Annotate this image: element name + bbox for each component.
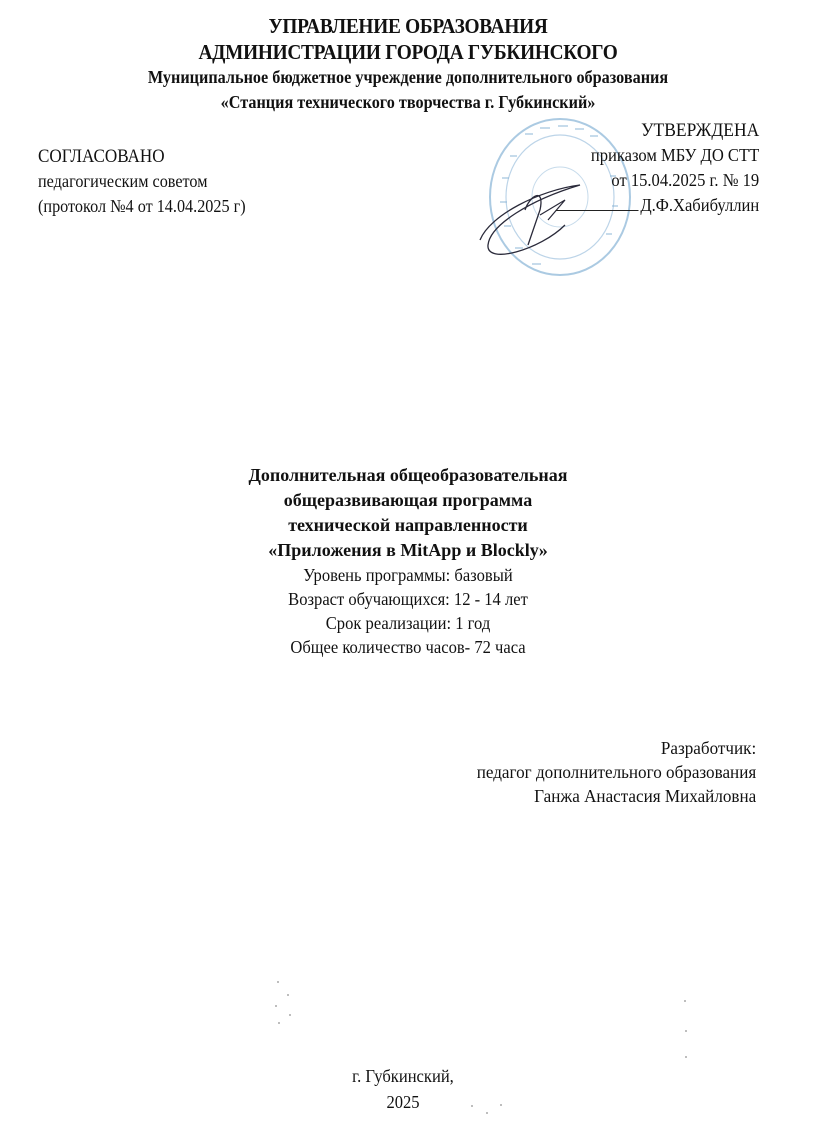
header-administration: АДМИНИСТРАЦИИ ГОРОДА ГУБКИНСКОГО [33,40,784,65]
program-age: Возраст обучающихся: 12 - 14 лет [33,587,784,611]
agreed-block: СОГЛАСОВАНО педагогическим советом (прот… [38,144,246,219]
approved-title: УТВЕРЖДЕНА [555,118,759,143]
program-duration: Срок реализации: 1 год [33,611,784,635]
program-title-line-1: Дополнительная общеобразовательная [0,463,816,488]
program-level: Уровень программы: базовый [33,563,784,587]
developer-name: Ганжа Анастасия Михайловна [476,784,756,808]
program-title-line-4: «Приложения в MitApp и Blockly» [0,538,816,563]
approved-order: приказом МБУ ДО СТТ [555,143,759,168]
approved-order-date: от 15.04.2025 г. № 19 [555,168,759,193]
footer-block: г. Губкинский, 2025 [0,1063,816,1115]
footer-year: 2025 [23,1089,783,1115]
agreed-title: СОГЛАСОВАНО [38,144,246,169]
program-block: Дополнительная общеобразовательная общер… [0,463,816,659]
approved-block: УТВЕРЖДЕНА приказом МБУ ДО СТТ от 15.04.… [555,118,759,218]
header-institution: Муниципальное бюджетное учреждение допол… [41,67,775,88]
program-hours: Общее количество часов- 72 часа [33,635,784,659]
header-authority: УПРАВЛЕНИЕ ОБРАЗОВАНИЯ [33,14,784,39]
agreed-protocol: (протокол №4 от 14.04.2025 г) [38,194,246,219]
developer-label: Разработчик: [476,736,756,760]
developer-position: педагог дополнительного образования [476,760,756,784]
program-title-line-2: общеразвивающая программа [0,488,816,513]
approved-signature-row: Д.Ф.Хабибуллин [555,193,759,218]
signature-line [555,210,638,211]
agreed-council: педагогическим советом [38,169,246,194]
footer-city: г. Губкинский, [23,1063,783,1089]
program-title-line-3: технической направленности [0,513,816,538]
header-institution-name: «Станция технического творчества г. Губк… [41,92,775,113]
approved-signer: Д.Ф.Хабибуллин [640,195,759,215]
developer-block: Разработчик: педагог дополнительного обр… [476,736,756,808]
